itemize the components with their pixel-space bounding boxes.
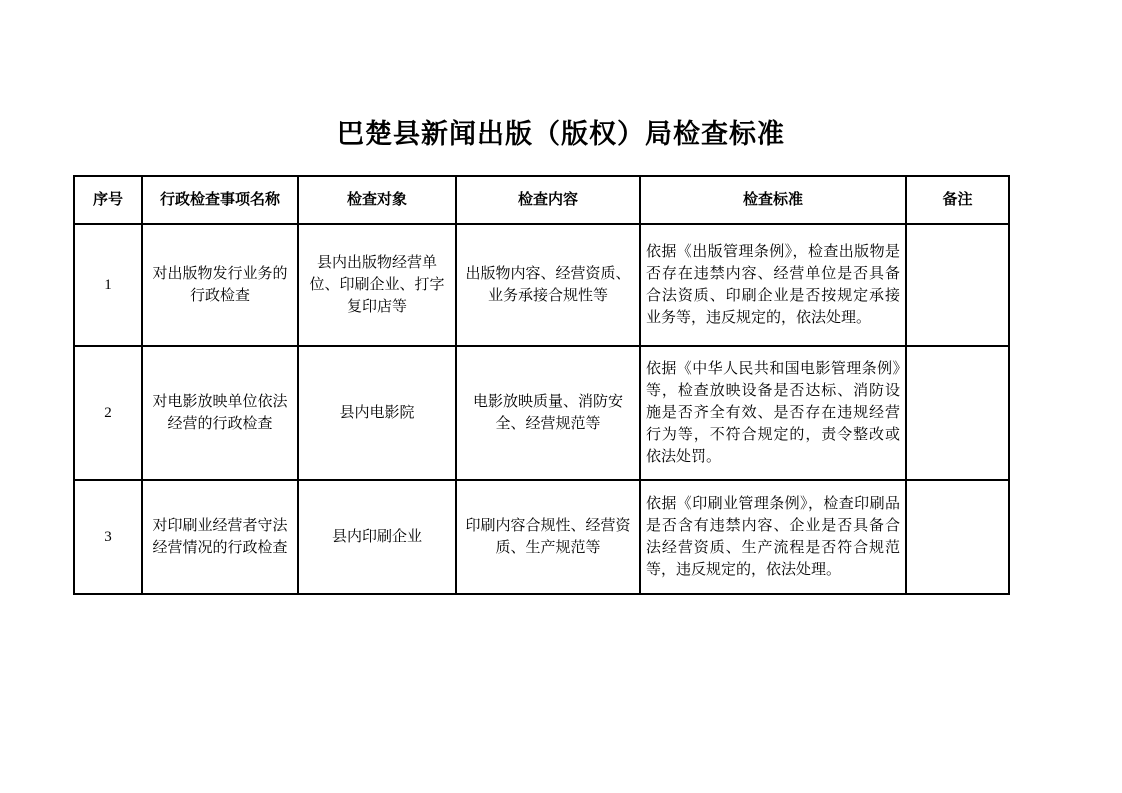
table-row: 2 对电影放映单位依法经营的行政检查 县内电影院 电影放映质量、消防安全、经营规… bbox=[74, 346, 1009, 480]
cell-target: 县内出版物经营单位、印刷企业、打字复印店等 bbox=[298, 224, 456, 346]
cell-remark bbox=[906, 346, 1009, 480]
cell-serial: 3 bbox=[74, 480, 142, 594]
table-row: 3 对印刷业经营者守法经营情况的行政检查 县内印刷企业 印刷内容合规性、经营资质… bbox=[74, 480, 1009, 594]
cell-standard: 依据《中华人民共和国电影管理条例》等，检查放映设备是否达标、消防设施是否齐全有效… bbox=[640, 346, 906, 480]
table-row: 1 对出版物发行业务的行政检查 县内出版物经营单位、印刷企业、打字复印店等 出版… bbox=[74, 224, 1009, 346]
cell-target: 县内印刷企业 bbox=[298, 480, 456, 594]
header-cell-serial: 序号 bbox=[74, 176, 142, 224]
cell-remark bbox=[906, 224, 1009, 346]
cell-target: 县内电影院 bbox=[298, 346, 456, 480]
header-cell-item-name: 行政检查事项名称 bbox=[142, 176, 298, 224]
cell-serial: 2 bbox=[74, 346, 142, 480]
table-header-row: 序号 行政检查事项名称 检查对象 检查内容 检查标准 备注 bbox=[74, 176, 1009, 224]
cell-item-name: 对出版物发行业务的行政检查 bbox=[142, 224, 298, 346]
header-cell-remark: 备注 bbox=[906, 176, 1009, 224]
header-cell-target: 检查对象 bbox=[298, 176, 456, 224]
cell-serial: 1 bbox=[74, 224, 142, 346]
cell-content: 印刷内容合规性、经营资质、生产规范等 bbox=[456, 480, 640, 594]
cell-content: 出版物内容、经营资质、业务承接合规性等 bbox=[456, 224, 640, 346]
inspection-standards-table: 序号 行政检查事项名称 检查对象 检查内容 检查标准 备注 1 对出版物发行业务… bbox=[73, 175, 1010, 595]
header-cell-standard: 检查标准 bbox=[640, 176, 906, 224]
cell-remark bbox=[906, 480, 1009, 594]
cell-standard: 依据《出版管理条例》，检查出版物是否存在违禁内容、经营单位是否具备合法资质、印刷… bbox=[640, 224, 906, 346]
cell-standard: 依据《印刷业管理条例》，检查印刷品是否含有违禁内容、企业是否具备合法经营资质、生… bbox=[640, 480, 906, 594]
cell-item-name: 对电影放映单位依法经营的行政检查 bbox=[142, 346, 298, 480]
header-cell-content: 检查内容 bbox=[456, 176, 640, 224]
page-title: 巴楚县新闻出版（版权）局检查标准 bbox=[0, 112, 1122, 151]
cell-item-name: 对印刷业经营者守法经营情况的行政检查 bbox=[142, 480, 298, 594]
cell-content: 电影放映质量、消防安全、经营规范等 bbox=[456, 346, 640, 480]
